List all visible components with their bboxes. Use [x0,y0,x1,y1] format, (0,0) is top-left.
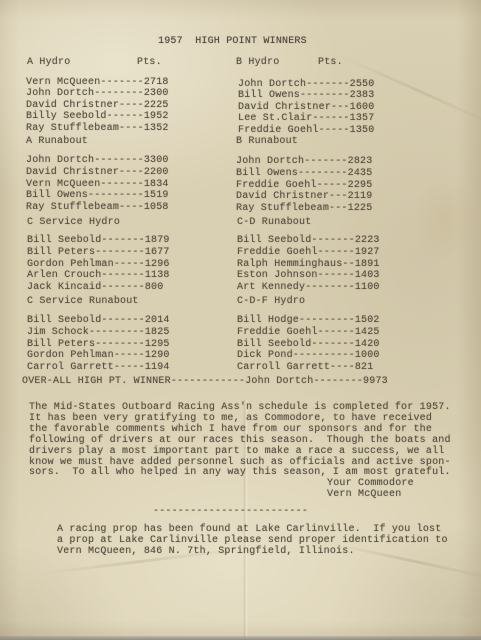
overall-winner-line: OVER-ALL HIGH PT. WINNER------------John… [22,376,388,387]
section-heading-row-cd-runabout: C-D Runabout [237,217,407,229]
standings-entry: Freddie Goehl-----1350 [238,125,374,136]
section-heading: C-D Runabout [237,217,311,228]
standings-entry: Bill Seebold-------1420 [237,339,380,351]
standings-entry: Freddie Goehl-----2295 [236,180,372,192]
signoff-title: Your Commodore [327,478,414,489]
standings-entry: Gordon Pehlman-----1296 [27,259,170,271]
standings-entry: Jack Kincaid-------800 [27,282,170,294]
standings-entry: Arlen Crouch-------1138 [27,270,170,282]
scan-bottom-edge [0,636,481,640]
standings-entry: David Christner----2200 [26,167,169,179]
section-heading-row-cdf-hydro: C-D-F Hydro [237,296,407,308]
notice-line: a prop at Lake Carlinville please send p… [57,535,448,546]
standings-entry: Bill Peters--------1677 [27,247,170,259]
standings-entries-cdf-hydro: Bill Hodge---------1502 Freddie Goehl---… [237,315,380,374]
standings-entry: Ray Stufflebeam---1225 [236,203,372,215]
standings-entry: Freddie Goehl------1425 [237,327,380,339]
section-heading: C Service Runabout [27,296,139,307]
commodore-message: The Mid-States Outboard Racing Ass'n sch… [29,403,451,479]
section-heading: C Service Hydro [27,217,120,228]
standings-entries-a-hydro: Vern McQueen-------2718 John Dortch-----… [26,77,169,134]
standings-entry: John Dortch--------3300 [26,155,169,167]
signoff-name: Vern McQueen [327,489,414,500]
section-heading: A Hydro [27,57,70,68]
standings-entry: Ray Stufflebeam----1352 [26,123,169,134]
standings-entry: Carrol Garrett-----1194 [27,362,170,374]
standings-entry: Bill Owens---------1519 [26,190,169,202]
section-heading: C-D-F Hydro [237,296,305,307]
section-heading-row-b-runabout: B Runabout [236,136,406,148]
standings-entry: Billy Seebold------1952 [26,111,169,122]
standings-entry: John Dortch--------2300 [26,88,169,99]
standings-entries-b-hydro: John Dortch-------2550 Bill Owens-------… [238,79,374,136]
standings-entry: John Dortch-------2823 [236,156,372,168]
standings-entry: Eston Johnson------1403 [237,270,380,282]
standings-entry: Bill Hodge---------1502 [237,315,380,327]
standings-entry: David Christner----2225 [26,100,169,111]
document-page: 1957 HIGH POINT WINNERS A Hydro Pts. B H… [0,0,481,640]
standings-entry: Bill Seebold-------2014 [27,315,170,327]
standings-entry: Freddie Goehl------1927 [237,247,380,259]
standings-entry: Gordon Pehlman-----1290 [27,350,170,362]
message-line: drivers play a most important part to ma… [29,447,451,458]
pts-column-label: Pts. [137,57,162,68]
notice-line: A racing prop has been found at Lake Car… [57,524,448,535]
section-heading-row-b-hydro: B Hydro Pts. [236,57,406,69]
standings-entry: John Dortch-------2550 [238,79,374,90]
section-heading-row-c-service-runabout: C Service Runabout [27,296,197,308]
standings-entry: Bill Seebold-------1879 [27,235,170,247]
paper-stain [400,160,481,280]
standings-entry: Art Kennedy--------1100 [237,282,380,294]
standings-entry: Vern McQueen-------2718 [26,77,169,88]
standings-entries-b-runabout: John Dortch-------2823 Bill Owens-------… [236,156,372,215]
standings-entry: David Christner---2119 [236,191,372,203]
standings-entry: Bill Peters--------1295 [27,339,170,351]
standings-entries-cd-runabout: Bill Seebold-------2223 Freddie Goehl---… [237,235,380,294]
section-heading: A Runabout [26,136,88,147]
section-heading: B Hydro [236,57,279,68]
divider-dashes: ------------------------- [153,506,308,517]
prop-notice: A racing prop has been found at Lake Car… [57,524,448,557]
standings-entry: Ralph Hemminghaus--1891 [237,259,380,271]
notice-line: Vern McQueen, 846 N. 7th, Springfield, I… [57,546,448,557]
standings-entry: Ray Stufflebeam----1058 [26,202,169,214]
section-heading-row-a-hydro: A Hydro Pts. [27,57,197,69]
standings-entry: Bill Seebold-------2223 [237,235,380,247]
standings-entry: Bill Owens--------2435 [236,168,372,180]
message-line: following of drivers at our races this s… [29,436,451,447]
standings-entries-c-service-runabout: Bill Seebold-------2014 Jim Schock------… [27,315,170,374]
standings-entry: Jim Schock---------1825 [27,327,170,339]
pts-column-label: Pts. [318,57,343,68]
standings-entry: David Christner---1600 [238,102,374,113]
standings-entry: Bill Owens--------2383 [238,90,374,101]
standings-entry: Dick Pond----------1000 [237,350,380,362]
standings-entry: Vern McQueen-------1834 [26,179,169,191]
signature-block: Your Commodore Vern McQueen [327,478,414,500]
section-heading-row-c-service-hydro: C Service Hydro [27,217,197,229]
standings-entry: Carroll Garrett----821 [237,362,380,374]
section-heading: B Runabout [236,136,298,147]
standings-entries-c-service-hydro: Bill Seebold-------1879 Bill Peters-----… [27,235,170,294]
standings-entry: Lee St.Clair------1357 [238,113,374,124]
section-heading-row-a-runabout: A Runabout [26,136,196,148]
standings-entries-a-runabout: John Dortch--------3300 David Christner-… [26,155,169,214]
page-title: 1957 HIGH POINT WINNERS [158,36,307,47]
